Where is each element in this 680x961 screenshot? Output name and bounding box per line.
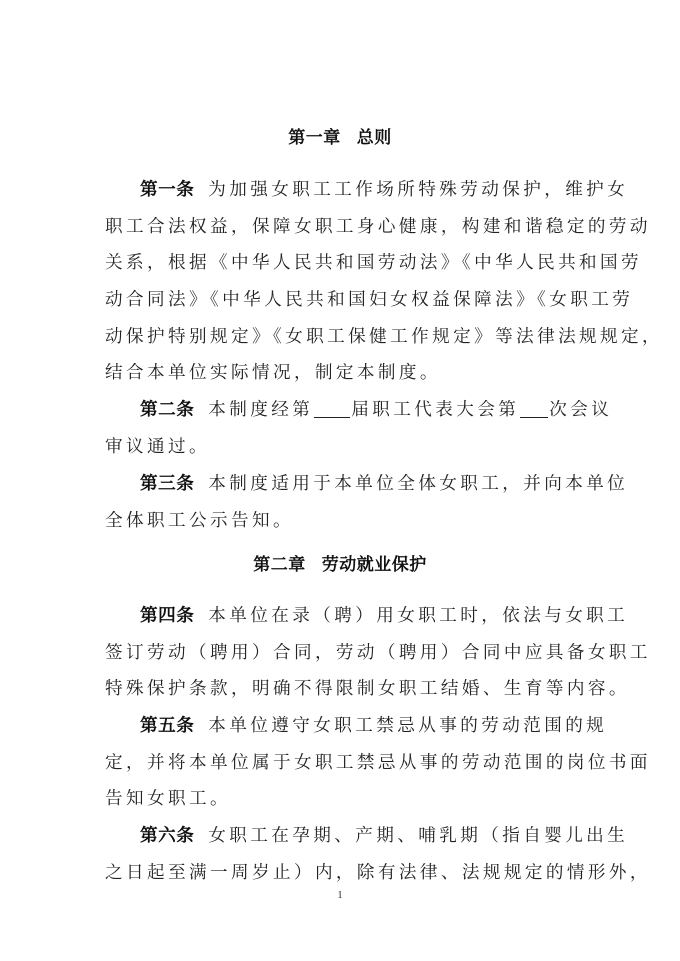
article-line: 签订劳动（聘用）合同，劳动（聘用）合同中应具备女职工 [105,635,583,672]
chapter-number: 第一章 [288,128,341,148]
article-line: 之日起至满一周岁止）内，除有法律、法规规定的情形外， [105,855,583,892]
chapter-heading: 第二章劳动就业保护 [0,554,680,576]
article-2: 第二条本制度经第届职工代表大会第次会议 审议通过。 [105,392,583,465]
article-label: 第三条 [140,474,194,494]
article-3: 第三条本制度适用于本单位全体女职工，并向本单位 全体职工公示告知。 [105,466,583,539]
article-6: 第六条女职工在孕期、产期、哺乳期（指自婴儿出生 之日起至满一周岁止）内，除有法律… [105,818,583,891]
chapter-number: 第二章 [253,555,306,575]
article-line: 动保护特别规定》《女职工保健工作规定》等法律法规规定， [105,319,583,356]
article-label: 第六条 [140,826,194,846]
article-line: 特殊保护条款，明确不得限制女职工结婚、生育等内容。 [105,671,583,708]
article-line: 关系，根据《中华人民共和国劳动法》《中华人民共和国劳 [105,245,583,282]
document-page: 第一章总则 第一条为加强女职工工作场所特殊劳动保护，维护女 职工合法权益，保障女… [0,0,680,961]
article-label: 第一条 [140,180,194,200]
fill-in-blank-session[interactable] [314,399,350,418]
page-number: 1 [0,889,680,901]
fill-in-blank-meeting[interactable] [520,399,548,418]
article-line: 第一条为加强女职工工作场所特殊劳动保护，维护女 [105,172,583,209]
article-line: 第二条本制度经第届职工代表大会第次会议 [105,392,583,429]
chapter-title: 劳动就业保护 [322,555,427,575]
article-label: 第二条 [140,400,194,420]
chapter-title: 总则 [357,128,392,148]
article-4: 第四条本单位在录（聘）用女职工时，依法与女职工 签订劳动（聘用）合同，劳动（聘用… [105,598,583,708]
chapter-heading: 第一章总则 [0,127,680,149]
article-line: 第四条本单位在录（聘）用女职工时，依法与女职工 [105,598,583,635]
article-line: 第五条本单位遵守女职工禁忌从事的劳动范围的规 [105,708,583,745]
article-line: 动合同法》《中华人民共和国妇女权益保障法》《女职工劳 [105,282,583,319]
article-line: 定，并将本单位属于女职工禁忌从事的劳动范围的岗位书面 [105,745,583,782]
article-line: 职工合法权益，保障女职工身心健康，构建和谐稳定的劳动 [105,209,583,246]
article-label: 第四条 [140,606,194,626]
article-line: 第六条女职工在孕期、产期、哺乳期（指自婴儿出生 [105,818,583,855]
article-line: 告知女职工。 [105,781,583,818]
article-line: 全体职工公示告知。 [105,503,583,540]
article-1: 第一条为加强女职工工作场所特殊劳动保护，维护女 职工合法权益，保障女职工身心健康… [105,172,583,392]
article-line: 审议通过。 [105,429,583,466]
article-line: 结合本单位实际情况，制定本制度。 [105,355,583,392]
article-5: 第五条本单位遵守女职工禁忌从事的劳动范围的规 定，并将本单位属于女职工禁忌从事的… [105,708,583,818]
article-label: 第五条 [140,716,194,736]
article-line: 第三条本制度适用于本单位全体女职工，并向本单位 [105,466,583,503]
